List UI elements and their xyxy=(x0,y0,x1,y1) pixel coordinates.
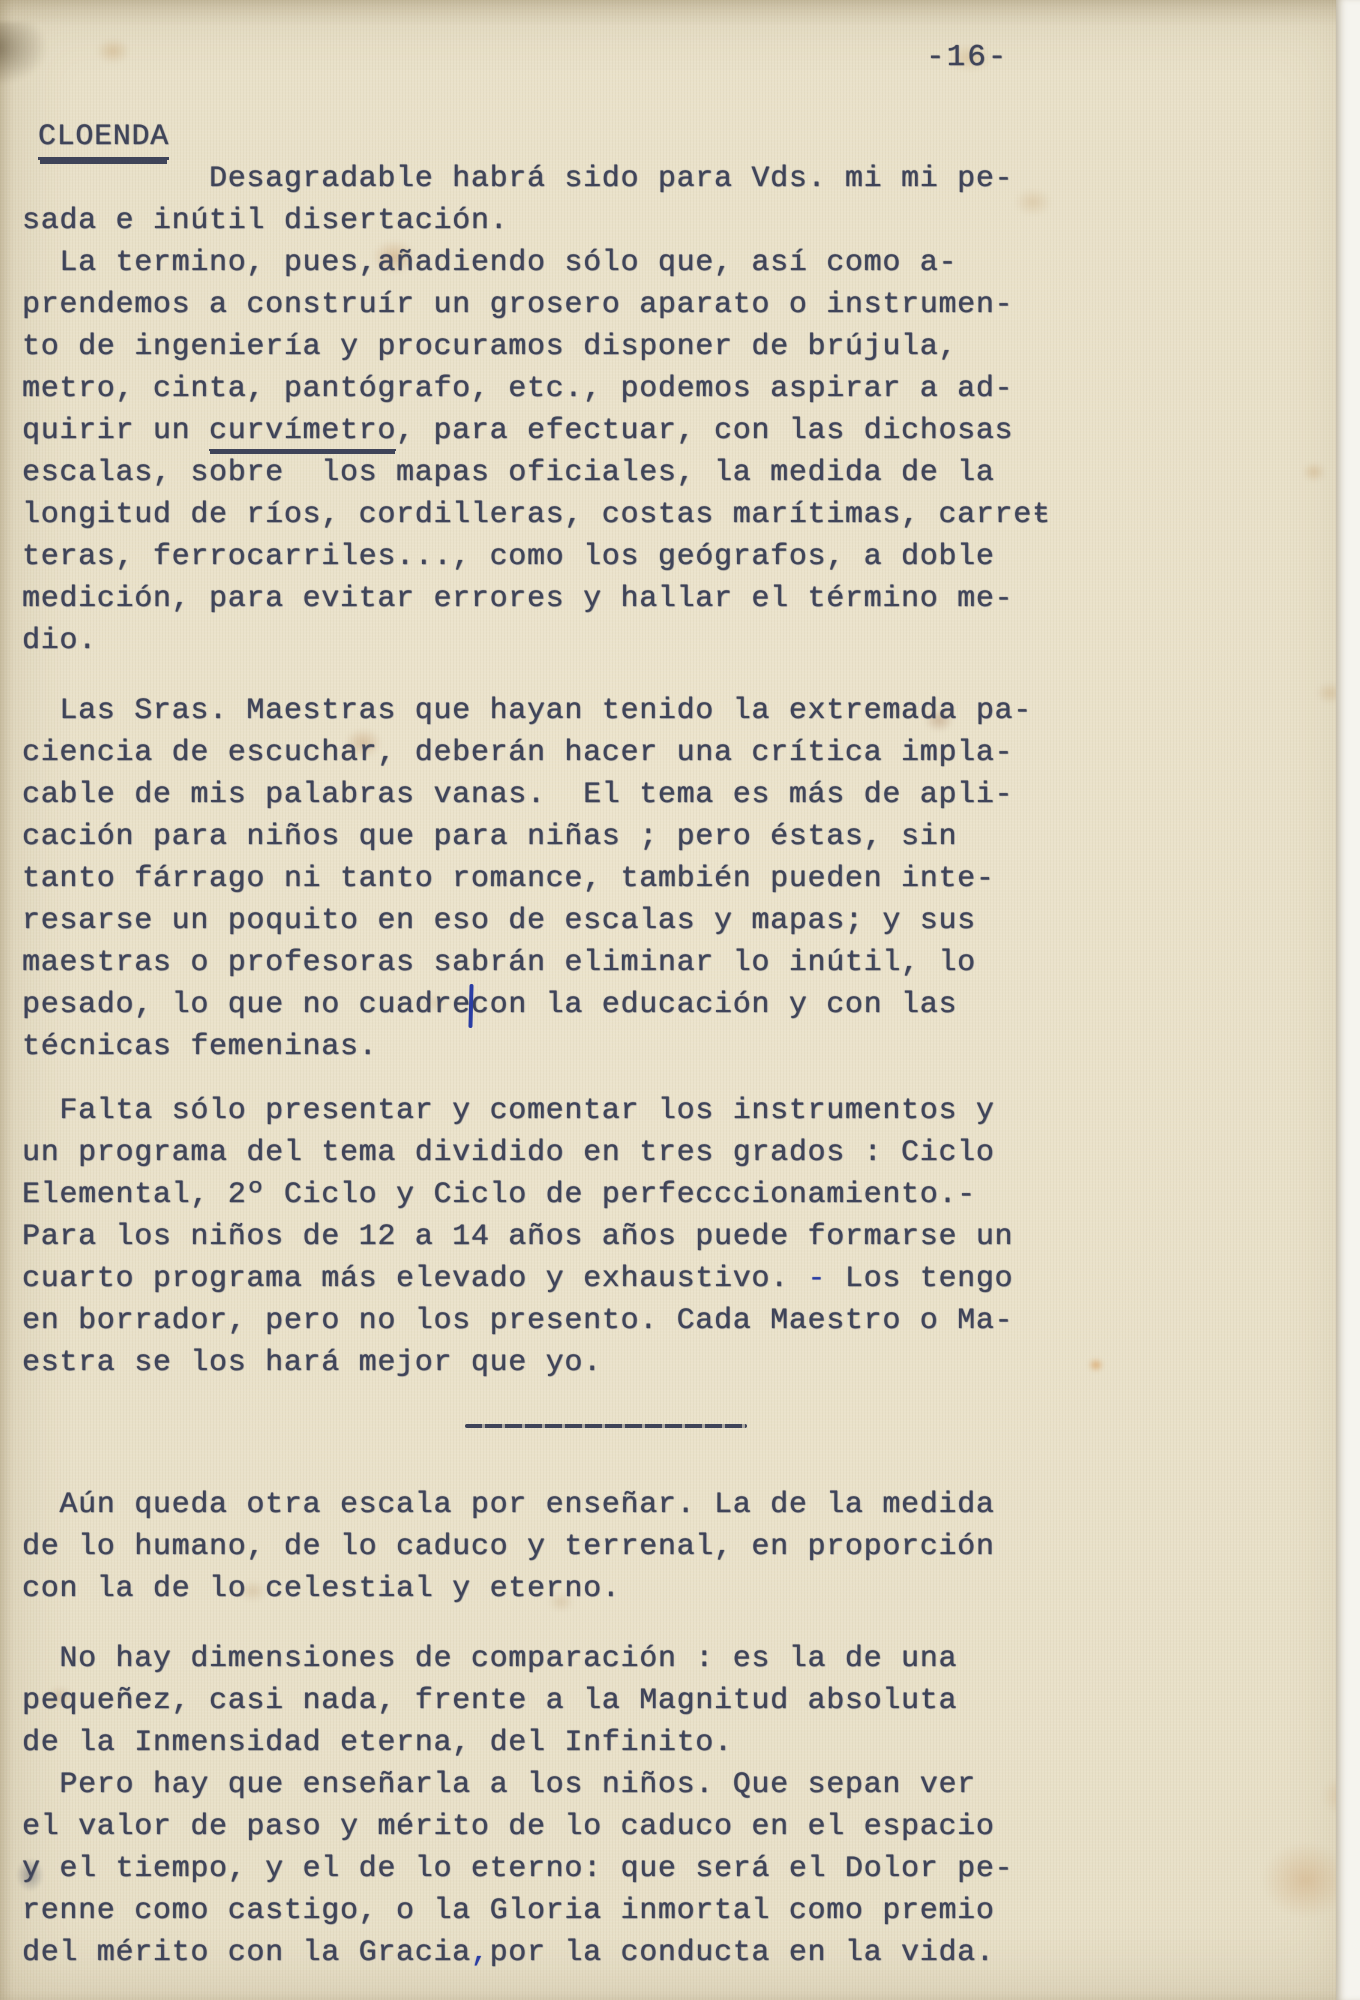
typed-line: Para los niños de 12 a 14 años años pued… xyxy=(22,1216,1051,1258)
typed-segment: , para efectuar, con las dichosas xyxy=(396,414,1013,448)
typed-line: Pero hay que enseñarla a los niños. Que … xyxy=(22,1764,1051,1806)
section-divider xyxy=(465,1424,747,1428)
typed-segment: Elemental, 2º Ciclo y Ciclo de perfeccci… xyxy=(22,1178,976,1212)
page-heading: CLOENDA xyxy=(38,116,1051,158)
typed-line: La termino, pues,añadiendo sólo que, así… xyxy=(22,242,1051,284)
typed-line: maestras o profesoras sabrán eliminar lo… xyxy=(22,942,1051,984)
page-corner-shadow xyxy=(0,22,48,86)
typed-segment: Los tengo xyxy=(826,1262,1013,1296)
typed-segment: por la conducta en la vida. xyxy=(490,1936,995,1970)
typed-line: estra se los hará mejor que yo. xyxy=(22,1342,1051,1384)
typed-segment: renne como castigo, o la Gloria inmortal… xyxy=(22,1894,995,1928)
typed-segment: Aún queda otra escala por enseñar. La de… xyxy=(22,1488,995,1522)
typed-segment: curvímetro xyxy=(209,414,396,451)
paragraph-maestras: Las Sras. Maestras que hayan tenido la e… xyxy=(22,690,1051,1068)
typed-line: quirir un curvímetro, para efectuar, con… xyxy=(22,410,1051,452)
typed-line: dio. xyxy=(22,620,1051,662)
typed-segment: con la educación y con las xyxy=(471,988,957,1022)
typed-segment: de la Inmensidad eterna, del Infinito. xyxy=(22,1726,733,1760)
typed-line: prendemos a construír un grosero aparato… xyxy=(22,284,1051,326)
typed-line: un programa del tema dividido en tres gr… xyxy=(22,1132,1051,1174)
typed-line: Falta sólo presentar y comentar los inst… xyxy=(22,1090,1051,1132)
typed-segment: pequeñez, casi nada, frente a la Magnitu… xyxy=(22,1684,957,1718)
typed-segment: medición, para evitar errores y hallar e… xyxy=(22,582,1013,616)
typed-segment: La termino, pues,añadiendo sólo que, así… xyxy=(22,246,957,280)
typed-segment: prendemos a construír un grosero aparato… xyxy=(22,288,1013,322)
typed-segment: tanto fárrago ni tanto romance, también … xyxy=(22,862,995,896)
typed-segment: longitud de ríos, cordilleras, costas ma… xyxy=(22,498,1051,532)
typed-line: pesado, lo que no cuadrecon la educación… xyxy=(22,984,1051,1026)
typed-segment: un programa del tema dividido en tres gr… xyxy=(22,1136,995,1170)
typed-line: to de ingeniería y procuramos disponer d… xyxy=(22,326,1051,368)
typed-segment: cable de mis palabras vanas. El tema es … xyxy=(22,778,1013,812)
typed-segment: resarse un poquito en eso de escalas y m… xyxy=(22,904,976,938)
typed-line: sada e inútil disertación. xyxy=(22,200,1051,242)
typed-segment: de lo humano, de lo caduco y terrenal, e… xyxy=(22,1530,995,1564)
typed-line: teras, ferrocarriles..., como los geógra… xyxy=(22,536,1051,578)
typed-segment: metro, cinta, pantógrafo, etc., podemos … xyxy=(22,372,1013,406)
typed-line: renne como castigo, o la Gloria inmortal… xyxy=(22,1890,1051,1932)
typed-segment: del mérito con la Gracia xyxy=(22,1936,471,1970)
typed-line: en borrador, pero no los presento. Cada … xyxy=(22,1300,1051,1342)
typed-line: No hay dimensiones de comparación : es l… xyxy=(22,1638,1051,1680)
typed-text: CLOENDA Desagradable habrá sido para Vds… xyxy=(22,116,1051,1974)
typed-segment: estra se los hará mejor que yo. xyxy=(22,1346,602,1380)
typed-line: Las Sras. Maestras que hayan tenido la e… xyxy=(22,690,1051,732)
typed-segment: Falta sólo presentar y comentar los inst… xyxy=(22,1094,995,1128)
paragraph-dimensiones: No hay dimensiones de comparación : es l… xyxy=(22,1638,1051,1974)
typed-segment: quirir un xyxy=(22,414,209,448)
paragraph-introduccion: Desagradable habrá sido para Vds. mi mi … xyxy=(22,158,1051,662)
typed-segment: ciencia de escuchar, deberán hacer una c… xyxy=(22,736,1013,770)
typed-segment: y el tiempo, y el de lo eterno: que será… xyxy=(22,1852,1013,1886)
typed-line: de lo humano, de lo caduco y terrenal, e… xyxy=(22,1526,1051,1568)
typed-segment: Desagradable habrá sido para Vds. mi mi … xyxy=(22,162,1013,196)
typed-segment: maestras o profesoras sabrán eliminar lo… xyxy=(22,946,976,980)
page-number: -16- xyxy=(926,40,1008,75)
typed-line: metro, cinta, pantógrafo, etc., podemos … xyxy=(22,368,1051,410)
typed-line: el valor de paso y mérito de lo caduco e… xyxy=(22,1806,1051,1848)
paragraph-programa: Falta sólo presentar y comentar los inst… xyxy=(22,1090,1051,1384)
typed-line: cuarto programa más elevado y exhaustivo… xyxy=(22,1258,1051,1300)
typed-line: del mérito con la Gracia,por la conducta… xyxy=(22,1932,1051,1974)
typed-segment: No hay dimensiones de comparación : es l… xyxy=(22,1642,957,1676)
typed-segment: en borrador, pero no los presento. Cada … xyxy=(22,1304,1013,1338)
typed-line: Desagradable habrá sido para Vds. mi mi … xyxy=(22,158,1051,200)
typed-segment: cuarto programa más elevado y exhaustivo… xyxy=(22,1262,789,1296)
paragraph-otra-escala: Aún queda otra escala por enseñar. La de… xyxy=(22,1484,1051,1610)
typed-segment: Para los niños de 12 a 14 años años pued… xyxy=(22,1220,1013,1254)
typed-segment: Las Sras. Maestras que hayan tenido la e… xyxy=(22,694,1032,728)
typed-line: ciencia de escuchar, deberán hacer una c… xyxy=(22,732,1051,774)
typed-segment: sada e inútil disertación. xyxy=(22,204,508,238)
typed-line: resarse un poquito en eso de escalas y m… xyxy=(22,900,1051,942)
typed-line: cable de mis palabras vanas. El tema es … xyxy=(22,774,1051,816)
pen-annotation: , xyxy=(471,1936,490,1970)
typed-line: medición, para evitar errores y hallar e… xyxy=(22,578,1051,620)
typed-segment: escalas, sobre los mapas oficiales, la m… xyxy=(22,456,995,490)
typed-line: longitud de ríos, cordilleras, costas ma… xyxy=(22,494,1051,536)
typed-segment: CLOENDA xyxy=(38,120,169,160)
pen-annotation: - xyxy=(789,1262,826,1296)
typed-line: técnicas femeninas. xyxy=(22,1026,1051,1068)
typed-line: cación para niños que para niñas ; pero … xyxy=(22,816,1051,858)
scan-edge-strip xyxy=(1336,0,1360,2000)
typed-segment: técnicas femeninas. xyxy=(22,1030,377,1064)
typed-segment: el valor de paso y mérito de lo caduco e… xyxy=(22,1810,995,1844)
typed-segment: teras, ferrocarriles..., como los geógra… xyxy=(22,540,995,574)
typed-line: Aún queda otra escala por enseñar. La de… xyxy=(22,1484,1051,1526)
typed-line: pequeñez, casi nada, frente a la Magnitu… xyxy=(22,1680,1051,1722)
typed-segment: dio. xyxy=(22,624,97,658)
typed-line: escalas, sobre los mapas oficiales, la m… xyxy=(22,452,1051,494)
typed-segment: to de ingeniería y procuramos disponer d… xyxy=(22,330,957,364)
typed-segment: cación para niños que para niñas ; pero … xyxy=(22,820,957,854)
typed-line: con la de lo celestial y eterno. xyxy=(22,1568,1051,1610)
typed-line: de la Inmensidad eterna, del Infinito. xyxy=(22,1722,1051,1764)
heading-cloenda: CLOENDA xyxy=(22,116,1051,158)
typed-line: Elemental, 2º Ciclo y Ciclo de perfeccci… xyxy=(22,1174,1051,1216)
typed-line: y el tiempo, y el de lo eterno: que será… xyxy=(22,1848,1051,1890)
typed-segment: Pero hay que enseñarla a los niños. Que … xyxy=(22,1768,976,1802)
typed-line: tanto fárrago ni tanto romance, también … xyxy=(22,858,1051,900)
typed-segment: pesado, lo que no cuadre xyxy=(22,988,471,1022)
typed-segment: con la de lo celestial y eterno. xyxy=(22,1572,621,1606)
